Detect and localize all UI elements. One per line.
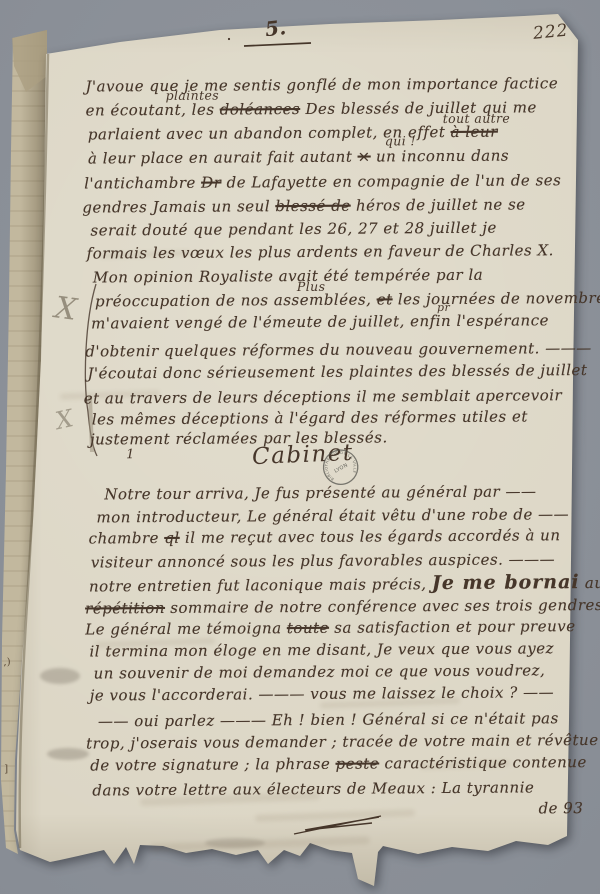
line-text: caractéristique contenue <box>379 753 587 772</box>
line-text: notre entretien fut laconique mais préci… <box>89 575 432 595</box>
line-text: à leur place en aurait fait autant <box>88 148 358 168</box>
interlinear-insertion: tout autre <box>443 111 511 126</box>
line-text: dans votre lettre aux électeurs de Meaux… <box>92 778 534 799</box>
manuscript-line: mon introducteur, Le général était vêtu … <box>96 505 569 526</box>
manuscript-line: m'avaient vengé de l'émeute de juillet, … <box>91 311 549 332</box>
line-text: je vous l'accorderai. ——— vous me laisse… <box>90 683 554 704</box>
manuscript-line: Mon opinion Royaliste avait été tempérée… <box>93 266 484 287</box>
line-text: visiteur annoncé sous les plus favorable… <box>91 550 555 571</box>
line-text: chambre <box>89 529 165 548</box>
line-text: Mon opinion Royaliste avait été tempérée… <box>93 266 484 287</box>
photograph-background: 5. 222 J'avoue que je me sentis gonflé d… <box>0 0 600 894</box>
manuscript-line: formais les vœux les plus ardents en fav… <box>87 241 554 262</box>
line-text: de 93 <box>538 799 583 817</box>
line-text: mon introducteur, Le général était vêtu … <box>96 505 569 526</box>
line-text: de Lafayette en compagnie de l'un de ses <box>221 171 561 191</box>
struck-word: doléances <box>220 100 301 119</box>
line-text: serait douté que pendant les 26, 27 et 2… <box>90 219 496 240</box>
manuscript-line: —— oui parlez ——— Eh ! bien ! Général si… <box>98 709 559 730</box>
manuscript-line: gendres Jamais un seul blessé de héros d… <box>82 195 525 216</box>
manuscript-line: il termina mon éloge en me disant, Je ve… <box>89 639 554 660</box>
manuscript-line: les mêmes déceptions à l'égard des réfor… <box>92 407 528 428</box>
struck-word: ql <box>164 529 180 547</box>
line-text: il me reçut avec tous les égards accordé… <box>180 526 561 547</box>
folio-number: 222 <box>532 21 569 44</box>
struck-word: et <box>377 290 393 308</box>
line-text: l'antichambre <box>84 174 201 193</box>
line-text: et au travers de leurs déceptions il me … <box>84 386 563 407</box>
struck-word: blessé de <box>275 197 350 216</box>
manuscript-line: Le général me témoigna toute sa satisfac… <box>85 617 575 638</box>
manuscript-line: préoccupation de nos assemblées, et les … <box>95 289 600 311</box>
line-text: sa satisfaction et pour preuve <box>329 617 576 637</box>
margin-pencil-x-mark: X <box>53 404 76 435</box>
line-text: de votre signature ; la phrase <box>90 755 335 775</box>
line-text: formais les vœux les plus ardents en fav… <box>87 241 554 262</box>
page-number: 5. <box>264 15 287 41</box>
interlinear-insertion: Plus <box>297 279 326 294</box>
interlinear-insertion: pr <box>437 301 450 314</box>
line-text: il termina mon éloge en me disant, Je ve… <box>89 639 554 660</box>
line-text: un inconnu dans <box>371 147 510 166</box>
manuscript-line: serait douté que pendant les 26, 27 et 2… <box>90 219 496 240</box>
manuscript-line: je vous l'accorderai. ——— vous me laisse… <box>90 683 554 704</box>
manuscript-line: visiteur annoncé sous les plus favorable… <box>91 550 555 571</box>
edge-ink-mark: ] <box>4 764 8 775</box>
line-text: Le général me témoigna <box>85 619 287 638</box>
manuscript-line: d'obtenir quelques réformes du nouveau g… <box>85 339 591 361</box>
manuscript-line: J'écoutai donc sérieusement les plaintes… <box>87 361 587 382</box>
margin-heading-mark: 1 <box>126 447 134 462</box>
edge-ink-mark: ,) <box>3 657 10 668</box>
manuscript-line: et au travers de leurs déceptions il me … <box>84 386 563 407</box>
manuscript-line: dans votre lettre aux électeurs de Meaux… <box>92 778 534 799</box>
line-text: J'écoutai donc sérieusement les plaintes… <box>87 361 587 382</box>
margin-pencil-x-mark: X <box>53 290 79 328</box>
line-text: d'obtenir quelques réformes du nouveau g… <box>85 339 591 361</box>
line-text: au <box>580 574 600 592</box>
struck-word: × <box>358 147 371 165</box>
struck-word: Dr <box>201 174 221 192</box>
manuscript-line: notre entretien fut laconique mais préci… <box>89 571 600 597</box>
line-text: en écoutant, les <box>86 101 220 120</box>
line-text: un souvenir de moi demandez moi ce que v… <box>94 661 546 682</box>
interlinear-insertion: qui ! <box>385 133 416 148</box>
struck-word: répétition <box>85 599 165 618</box>
interlinear-insertion: plaintes <box>165 88 219 103</box>
emphasized-phrase: Je me bornai <box>432 571 580 594</box>
manuscript-line: à leur place en aurait fait autant × un … <box>88 147 509 168</box>
struck-word: peste <box>336 754 380 772</box>
line-text: J'avoue que je me sentis gonflé de mon i… <box>85 74 558 95</box>
library-stamp: BIBLIOTHÈQUE DE LA VILLE LYON <box>319 446 362 489</box>
stamp-center-text: LYON <box>333 462 349 474</box>
line-text: les mêmes déceptions à l'égard des réfor… <box>92 407 528 428</box>
line-text: gendres Jamais un seul <box>82 197 275 216</box>
manuscript-line: J'avoue que je me sentis gonflé de mon i… <box>85 74 558 95</box>
manuscript-line: un souvenir de moi demandez moi ce que v… <box>94 661 546 682</box>
struck-word: toute <box>287 619 329 637</box>
manuscript-line: chambre ql il me reçut avec tous les éga… <box>89 526 561 547</box>
manuscript-line: répétition sommaire de notre conférence … <box>85 596 600 618</box>
line-text: —— oui parlez ——— Eh ! bien ! Général si… <box>98 709 559 730</box>
manuscript-line: l'antichambre Dr de Lafayette en compagn… <box>84 171 561 192</box>
line-text: héros de juillet ne se <box>351 195 526 214</box>
manuscript-line: parlaient avec un abandon complet, en ef… <box>88 123 498 144</box>
line-text: sommaire de notre conférence avec ses tr… <box>165 596 600 617</box>
line-text: préoccupation de nos assemblées, <box>95 290 377 310</box>
manuscript-line: de votre signature ; la phrase peste car… <box>90 753 587 774</box>
line-text: m'avaient vengé de l'émeute de juillet, … <box>91 311 549 332</box>
manuscript-line-closing: de 93 <box>538 799 583 817</box>
line-text: trop, j'oserais vous demander ; tracée d… <box>86 731 599 753</box>
line-text: les journées de novembre <box>393 289 600 308</box>
manuscript-text-layer: 5. 222 J'avoue que je me sentis gonflé d… <box>0 0 600 894</box>
manuscript-line: trop, j'oserais vous demander ; tracée d… <box>86 731 599 753</box>
